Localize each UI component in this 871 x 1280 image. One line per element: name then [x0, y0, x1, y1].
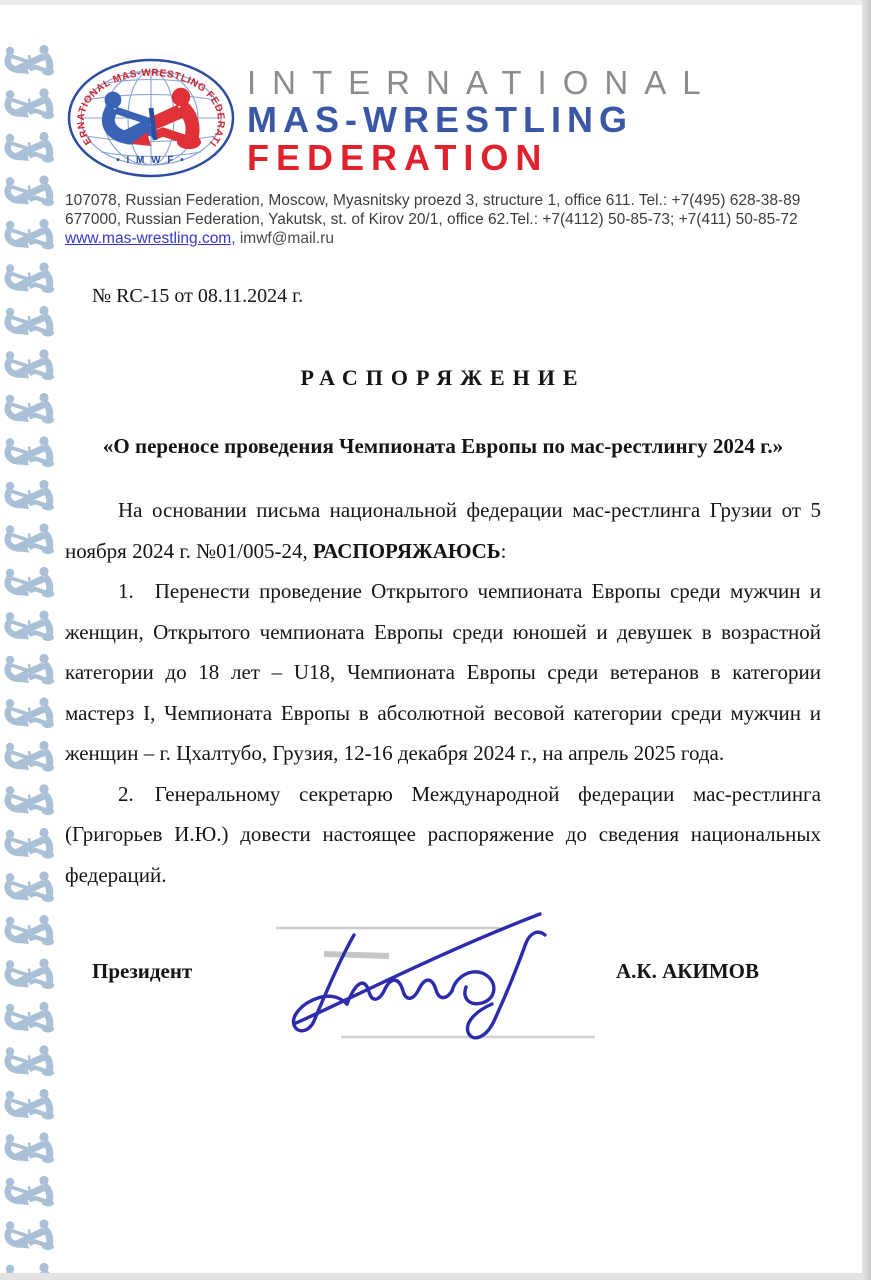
document-ref-number: № RC-15 от 08.11.2024 г. [92, 285, 821, 308]
letterhead: INTERNATIONAL MAS-WRESTLING FEDERATION •… [65, 56, 821, 180]
page-edge-bottom [0, 1273, 862, 1280]
item-1-paragraph: 1. Перенести проведение Открытого чемпио… [65, 571, 821, 774]
address-line-contacts: www.mas-wrestling.com, imwf@mail.ru [65, 229, 821, 248]
page-edge-right [862, 0, 871, 1280]
logo-badge-text: • I M W F • [116, 155, 186, 166]
email-text: imwf@mail.ru [240, 230, 334, 247]
letterhead-address-block: 107078, Russian Federation, Moscow, Myas… [65, 191, 821, 248]
document-body: На основании письма национальной федерац… [65, 490, 821, 895]
federation-wordmark: INTERNATIONAL MAS-WRESTLING FEDERATION [247, 56, 717, 177]
intro-paragraph: На основании письма национальной федерац… [65, 490, 821, 571]
address-line-moscow: 107078, Russian Federation, Moscow, Myas… [65, 191, 821, 210]
wrestlers-watermark-strip [0, 44, 58, 1280]
wordmark-mas-wrestling: MAS-WRESTLING [247, 101, 717, 139]
document-title: РАСПОРЯЖЕНИЕ [65, 365, 821, 391]
signer-role: Президент [92, 959, 192, 984]
handwritten-signature [268, 901, 603, 1051]
wordmark-international: INTERNATIONAL [247, 64, 717, 101]
intro-colon: : [501, 539, 507, 563]
letter-content: INTERNATIONAL MAS-WRESTLING FEDERATION •… [65, 0, 821, 1051]
website-link[interactable]: www.mas-wrestling.com, [65, 230, 236, 247]
wordmark-federation: FEDERATION [247, 139, 717, 177]
address-line-yakutsk: 677000, Russian Federation, Yakutsk, st.… [65, 210, 821, 229]
intro-decree-word: РАСПОРЯЖАЮСЬ [313, 539, 501, 563]
imwf-globe-logo-icon: INTERNATIONAL MAS-WRESTLING FEDERATION •… [65, 56, 237, 180]
signer-name: А.К. АКИМОВ [616, 959, 759, 984]
scanned-letter-page: INTERNATIONAL MAS-WRESTLING FEDERATION •… [0, 0, 871, 1280]
document-subject: «О переносе проведения Чемпионата Европы… [65, 434, 821, 459]
item-2-paragraph: 2. Генеральному секретарю Международной … [65, 774, 821, 896]
signature-block: Президент А.К. АКИМОВ [65, 899, 821, 1051]
